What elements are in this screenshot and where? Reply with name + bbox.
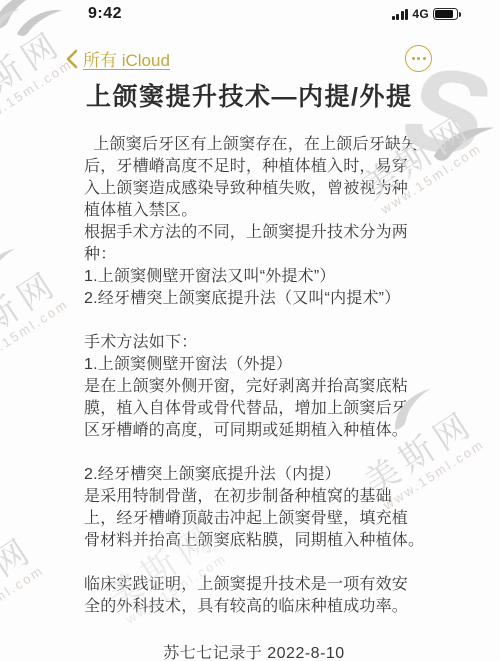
back-button-label: 所有 iCloud xyxy=(83,46,170,71)
watermark-swoosh-icon xyxy=(0,237,38,303)
battery-icon xyxy=(433,8,458,20)
watermark-url: www.15ml.com xyxy=(0,561,49,641)
watermark-brand: 美斯网 xyxy=(0,264,65,361)
note-title: 上颌窦提升技术—内提/外提 xyxy=(86,82,466,112)
watermark-url: www.15ml.com xyxy=(0,295,74,375)
clock: 9:42 xyxy=(88,5,122,23)
status-bar: 9:42 4G xyxy=(0,0,500,28)
back-button[interactable]: 所有 iCloud xyxy=(66,46,170,71)
network-type-label: 4G xyxy=(412,7,429,21)
watermark: 美斯网 www.15ml.com xyxy=(0,531,49,641)
signal-bars-icon xyxy=(392,9,409,20)
watermark: 美斯网 www.15ml.com xyxy=(0,232,74,374)
watermark-brand: 美斯网 xyxy=(0,531,41,628)
nav-bar: 所有 iCloud xyxy=(0,40,500,78)
ellipsis-icon xyxy=(412,57,426,60)
note-signature: 苏七七记录于 2022-8-10 xyxy=(84,640,424,661)
notes-app-screen: 9:42 4G 所有 iCloud 上颌窦提升技术—内提/外提 上颌窦后牙区有上… xyxy=(0,0,500,661)
note-body-text: 上颌窦后牙区有上颌窦存在，在上颌后牙缺失 后，牙槽嵴高度不足时，种植体植入时，易… xyxy=(84,134,456,618)
chevron-left-icon xyxy=(66,49,78,69)
status-icons: 4G xyxy=(392,7,458,21)
more-options-button[interactable] xyxy=(405,45,432,72)
